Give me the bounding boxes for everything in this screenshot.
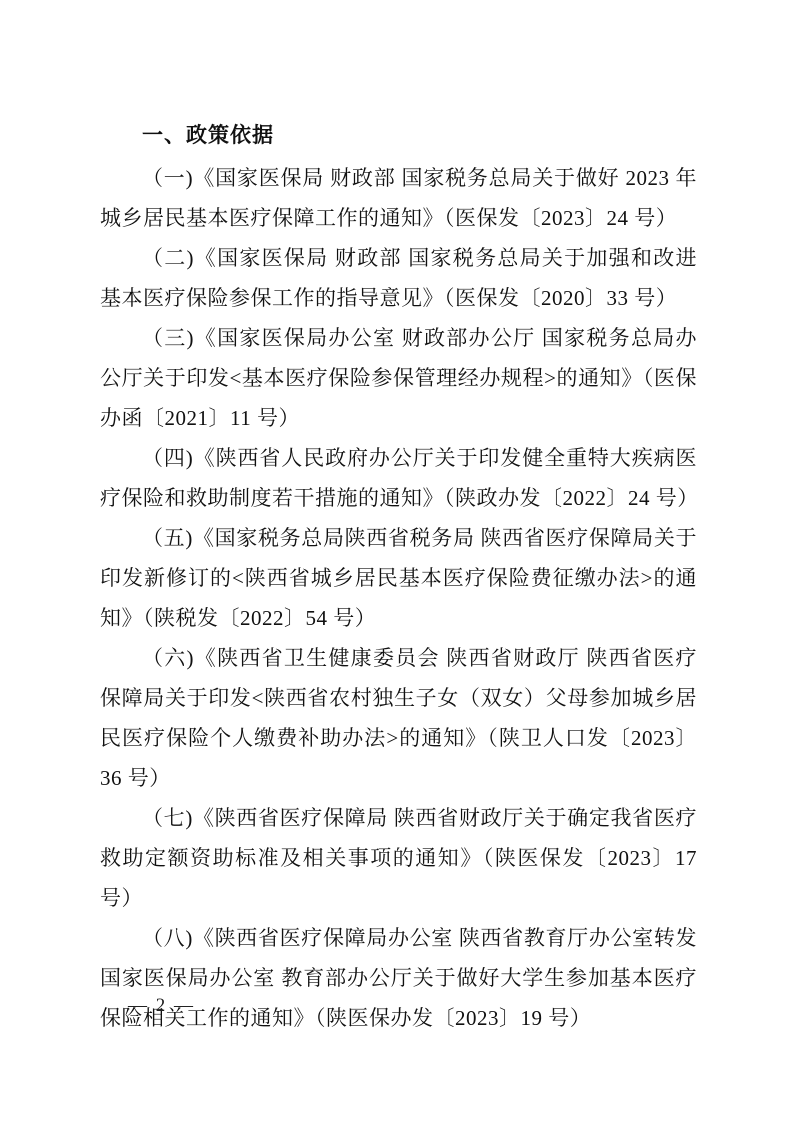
- page-number: — 2 —: [128, 995, 195, 1017]
- policy-item-4: （四)《陕西省人民政府办公厅关于印发健全重特大疾病医疗保险和救助制度若干措施的通…: [100, 438, 697, 518]
- policy-item-7: （七)《陕西省医疗保障局 陕西省财政厅关于确定我省医疗救助定额资助标准及相关事项…: [100, 798, 697, 918]
- policy-item-2: （二)《国家医保局 财政部 国家税务总局关于加强和改进基本医疗保险参保工作的指导…: [100, 238, 697, 318]
- document-body: 一、政策依据 （一)《国家医保局 财政部 国家税务总局关于做好 2023 年城乡…: [100, 116, 697, 1038]
- section-heading: 一、政策依据: [100, 116, 697, 156]
- policy-item-1: （一)《国家医保局 财政部 国家税务总局关于做好 2023 年城乡居民基本医疗保…: [100, 158, 697, 238]
- policy-item-8: （八)《陕西省医疗保障局办公室 陕西省教育厅办公室转发国家医保局办公室 教育部办…: [100, 918, 697, 1038]
- document-page: 一、政策依据 （一)《国家医保局 财政部 国家税务总局关于做好 2023 年城乡…: [0, 0, 793, 1122]
- policy-item-5: （五)《国家税务总局陕西省税务局 陕西省医疗保障局关于印发新修订的<陕西省城乡居…: [100, 518, 697, 638]
- policy-item-3: （三)《国家医保局办公室 财政部办公厅 国家税务总局办公厅关于印发<基本医疗保险…: [100, 318, 697, 438]
- policy-item-6: （六)《陕西省卫生健康委员会 陕西省财政厅 陕西省医疗保障局关于印发<陕西省农村…: [100, 638, 697, 798]
